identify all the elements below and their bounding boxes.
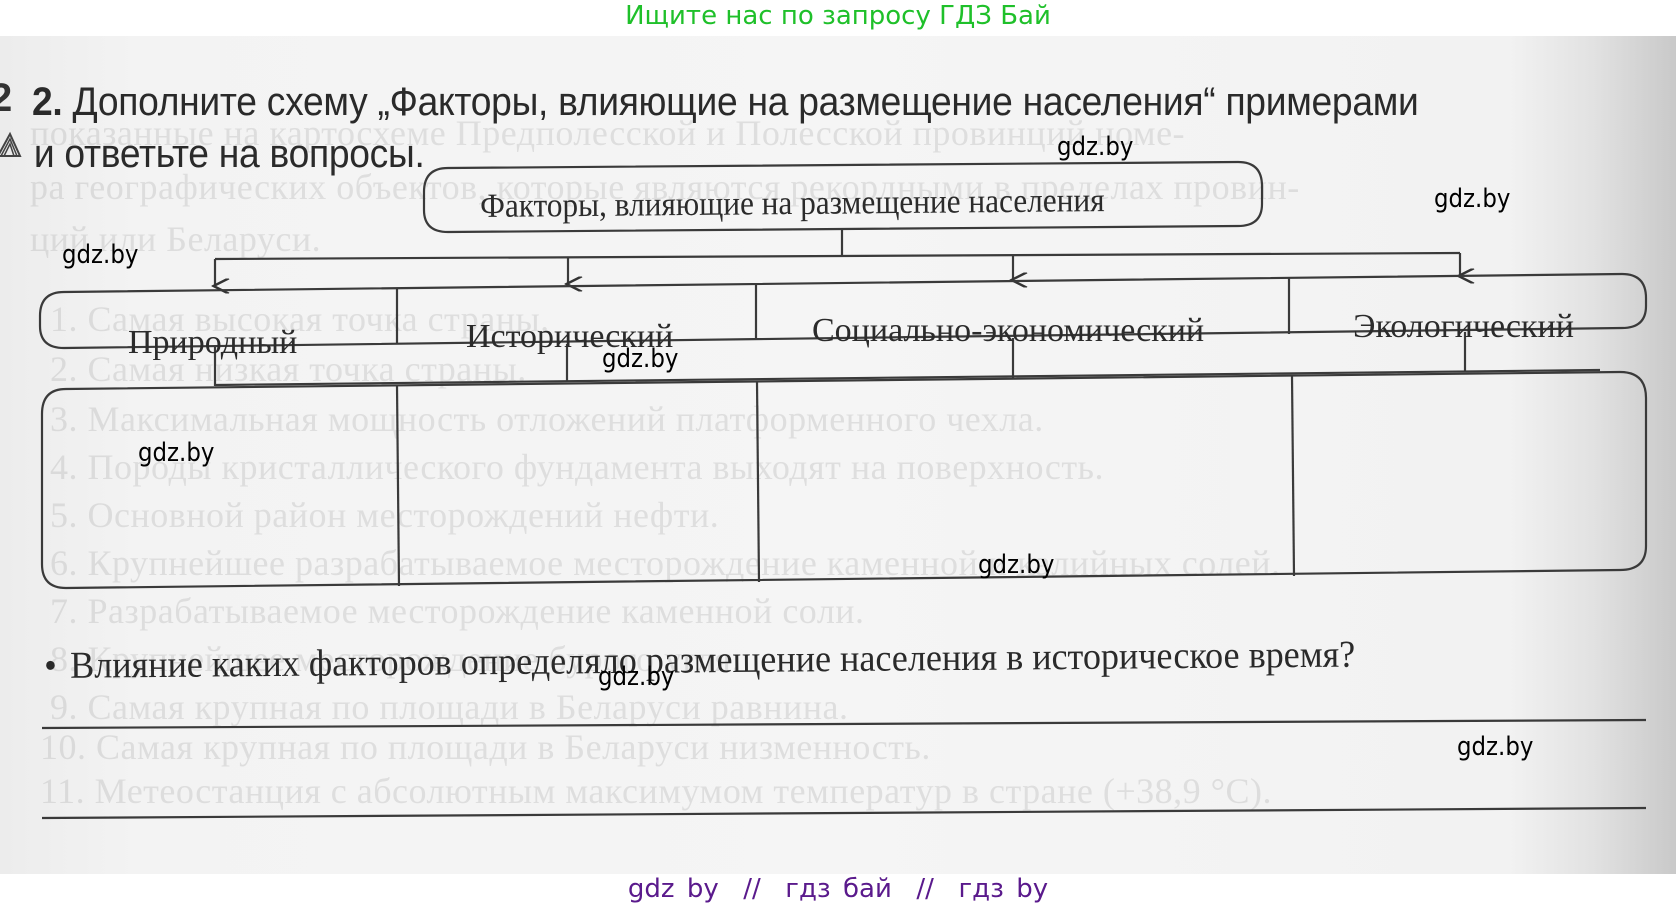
watermark: gdz.by xyxy=(1434,184,1510,214)
scanned-page: показанные на картосхеме Предполесской и… xyxy=(0,36,1676,874)
watermark: gdz.by xyxy=(602,344,678,374)
watermark: gdz.by xyxy=(138,438,214,468)
watermark: gdz.by xyxy=(978,550,1054,580)
watermark: gdz.by xyxy=(598,662,674,692)
factors-schema xyxy=(0,36,1676,874)
watermark: gdz.by xyxy=(1457,732,1533,762)
watermark: gdz.by xyxy=(62,240,138,270)
top-banner-text: Ищите нас по запросу ГДЗ Бай xyxy=(625,1,1051,31)
category-natural: Природный xyxy=(128,324,297,362)
schema-root-label: Факторы, влияющие на размещение населени… xyxy=(480,182,1105,226)
bullet-icon: • xyxy=(44,645,57,687)
category-ecological: Экологический xyxy=(1353,308,1574,346)
top-banner: Ищите нас по запросу ГДЗ Бай xyxy=(0,0,1676,36)
category-socio-economic: Социально-экономический xyxy=(812,312,1204,350)
watermark: gdz.by xyxy=(1057,132,1133,162)
bottom-banner: gdz by // гдз бай // гдз by xyxy=(0,874,1676,911)
bottom-banner-text: gdz by // гдз бай // гдз by xyxy=(628,874,1048,904)
